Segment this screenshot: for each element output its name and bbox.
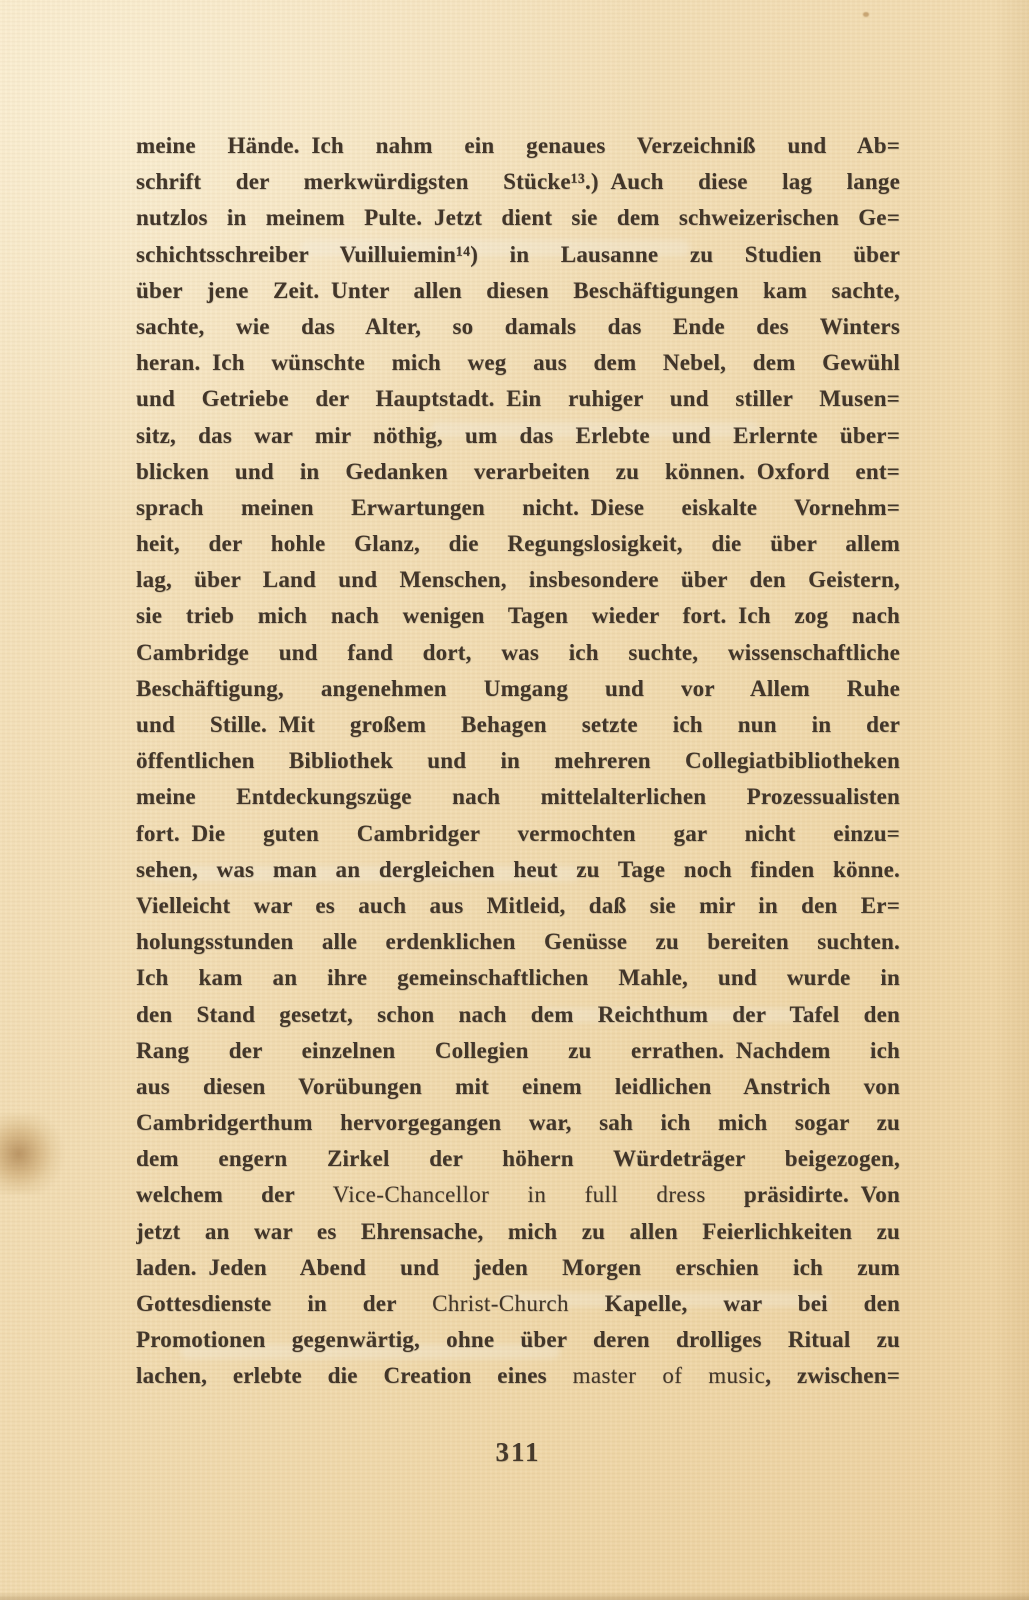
text-segment-fraktur: aus diesen Vorübungen mit einem leidlich… [136,1074,900,1099]
text-line: Beschäftigung, angenehmen Umgang und vor… [136,671,900,707]
text-line: fort. Die guten Cambridger vermochten ga… [136,816,900,852]
text-line: Ich kam an ihre gemeinschaftlichen Mahle… [136,960,900,996]
text-segment-antiqua: master of music [573,1363,766,1388]
text-line: lachen, erlebte die Creation eines maste… [136,1358,900,1394]
text-line: holungsstunden alle erdenklichen Genüsse… [136,924,900,960]
text-segment-fraktur: über jene Zeit. Unter allen diesen Besch… [136,278,900,303]
text-segment-fraktur: holungsstunden alle erdenklichen Genüsse… [136,929,900,954]
text-segment-fraktur: fort. Die guten Cambridger vermochten ga… [136,821,900,846]
text-line: sehen, was man an dergleichen heut zu Ta… [136,852,900,888]
text-line: nutzlos in meinem Pulte. Jetzt dient sie… [136,200,900,236]
page-edge-shade [0,1592,1029,1600]
text-line: lag, über Land und Menschen, insbesonder… [136,562,900,598]
text-line: Promotionen gegenwärtig, ohne über deren… [136,1322,900,1358]
text-segment-fraktur: meine Entdeckungszüge nach mittelalterli… [136,784,900,809]
text-segment-fraktur: und Getriebe der Hauptstadt. Ein ruhiger… [136,386,900,411]
paper-speck [863,12,869,17]
text-segment-fraktur: Kapelle, war bei den [569,1291,900,1316]
text-line: und Stille. Mit großem Behagen setzte ic… [136,707,900,743]
text-block: meine Hände. Ich nahm ein genaues Verzei… [136,128,900,1395]
text-line: meine Entdeckungszüge nach mittelalterli… [136,779,900,815]
text-segment-fraktur: , zwischen= [765,1363,900,1388]
text-line: sitz, das war mir nöthig, um das Erlebte… [136,418,900,454]
text-line: dem engern Zirkel der höhern Würdeträger… [136,1141,900,1177]
text-line: schichtsschreiber Vuilluiemin¹⁴) in Laus… [136,237,900,273]
text-segment-fraktur: Beschäftigung, angenehmen Umgang und vor… [136,676,900,701]
text-line: sprach meinen Erwartungen nicht. Diese e… [136,490,900,526]
text-line: heran. Ich wünschte mich weg aus dem Neb… [136,345,900,381]
text-line: und Getriebe der Hauptstadt. Ein ruhiger… [136,381,900,417]
text-line: meine Hände. Ich nahm ein genaues Verzei… [136,128,900,164]
text-line: Cambridgerthum hervorgegangen war, sah i… [136,1105,900,1141]
text-line: Cambridge und fand dort, was ich suchte,… [136,635,900,671]
text-segment-fraktur: jetzt an war es Ehrensache, mich zu alle… [136,1219,900,1244]
page-number: 311 [136,1437,900,1468]
text-line: schrift der merkwürdigsten Stücke¹³.) Au… [136,164,900,200]
text-segment-fraktur: und Stille. Mit großem Behagen setzte ic… [136,712,900,737]
text-segment-fraktur: Ich kam an ihre gemeinschaftlichen Mahle… [136,965,900,990]
text-line: sachte, wie das Alter, so damals das End… [136,309,900,345]
text-line: den Stand gesetzt, schon nach dem Reicht… [136,997,900,1033]
text-line: heit, der hohle Glanz, die Regungslosigk… [136,526,900,562]
text-segment-fraktur: heit, der hohle Glanz, die Regungslosigk… [136,531,900,556]
text-segment-fraktur: Cambridge und fand dort, was ich suchte,… [136,640,900,665]
text-segment-fraktur: laden. Jeden Abend und jeden Morgen ersc… [136,1255,900,1280]
text-line: Vielleicht war es auch aus Mitleid, daß … [136,888,900,924]
text-line: über jene Zeit. Unter allen diesen Besch… [136,273,900,309]
book-page: meine Hände. Ich nahm ein genaues Verzei… [0,0,1029,1600]
text-segment-fraktur: lag, über Land und Menschen, insbesonder… [136,567,900,592]
text-segment-fraktur: Promotionen gegenwärtig, ohne über deren… [136,1327,900,1352]
foxing-stain [0,1114,66,1194]
text-segment-fraktur: Cambridgerthum hervorgegangen war, sah i… [136,1110,900,1135]
text-line: welchem der Vice-Chancellor in full dres… [136,1177,900,1213]
text-segment-fraktur: Gottesdienste in der [136,1291,432,1316]
text-line: blicken und in Gedanken verarbeiten zu k… [136,454,900,490]
text-segment-fraktur: blicken und in Gedanken verarbeiten zu k… [136,459,900,484]
text-segment-fraktur: sie trieb mich nach wenigen Tagen wieder… [136,603,900,628]
text-line: Rang der einzelnen Collegien zu errathen… [136,1033,900,1069]
text-segment-fraktur: nutzlos in meinem Pulte. Jetzt dient sie… [136,205,900,230]
text-line: öffentlichen Bibliothek und in mehreren … [136,743,900,779]
text-segment-fraktur: Rang der einzelnen Collegien zu errathen… [136,1038,900,1063]
text-line: sie trieb mich nach wenigen Tagen wieder… [136,598,900,634]
text-segment-fraktur: sehen, was man an dergleichen heut zu Ta… [136,857,900,882]
text-line: jetzt an war es Ehrensache, mich zu alle… [136,1214,900,1250]
text-line: aus diesen Vorübungen mit einem leidlich… [136,1069,900,1105]
page-edge-shade [993,0,1029,1600]
text-segment-fraktur: heran. Ich wünschte mich weg aus dem Neb… [136,350,900,375]
text-segment-fraktur: lachen, erlebte die Creation eines [136,1363,573,1388]
text-segment-fraktur: meine Hände. Ich nahm ein genaues Verzei… [136,133,900,158]
text-segment-fraktur: sachte, wie das Alter, so damals das End… [136,314,900,339]
text-segment-antiqua: Christ-Church [432,1291,569,1316]
text-segment-fraktur: präsidirte. Von [706,1182,900,1207]
text-line: laden. Jeden Abend und jeden Morgen ersc… [136,1250,900,1286]
text-segment-fraktur: welchem der [136,1182,333,1207]
text-segment-fraktur: Vielleicht war es auch aus Mitleid, daß … [136,893,900,918]
text-segment-fraktur: öffentlichen Bibliothek und in mehreren … [136,748,900,773]
text-segment-antiqua: Vice-Chancellor in full dress [333,1182,706,1207]
text-segment-fraktur: sitz, das war mir nöthig, um das Erlebte… [136,423,900,448]
text-line: Gottesdienste in der Christ-Church Kapel… [136,1286,900,1322]
text-segment-fraktur: den Stand gesetzt, schon nach dem Reicht… [136,1002,900,1027]
text-segment-fraktur: schrift der merkwürdigsten Stücke¹³.) Au… [136,169,900,194]
text-segment-fraktur: sprach meinen Erwartungen nicht. Diese e… [136,495,900,520]
text-segment-fraktur: dem engern Zirkel der höhern Würdeträger… [136,1146,900,1171]
text-segment-fraktur: schichtsschreiber Vuilluiemin¹⁴) in Laus… [136,242,900,267]
